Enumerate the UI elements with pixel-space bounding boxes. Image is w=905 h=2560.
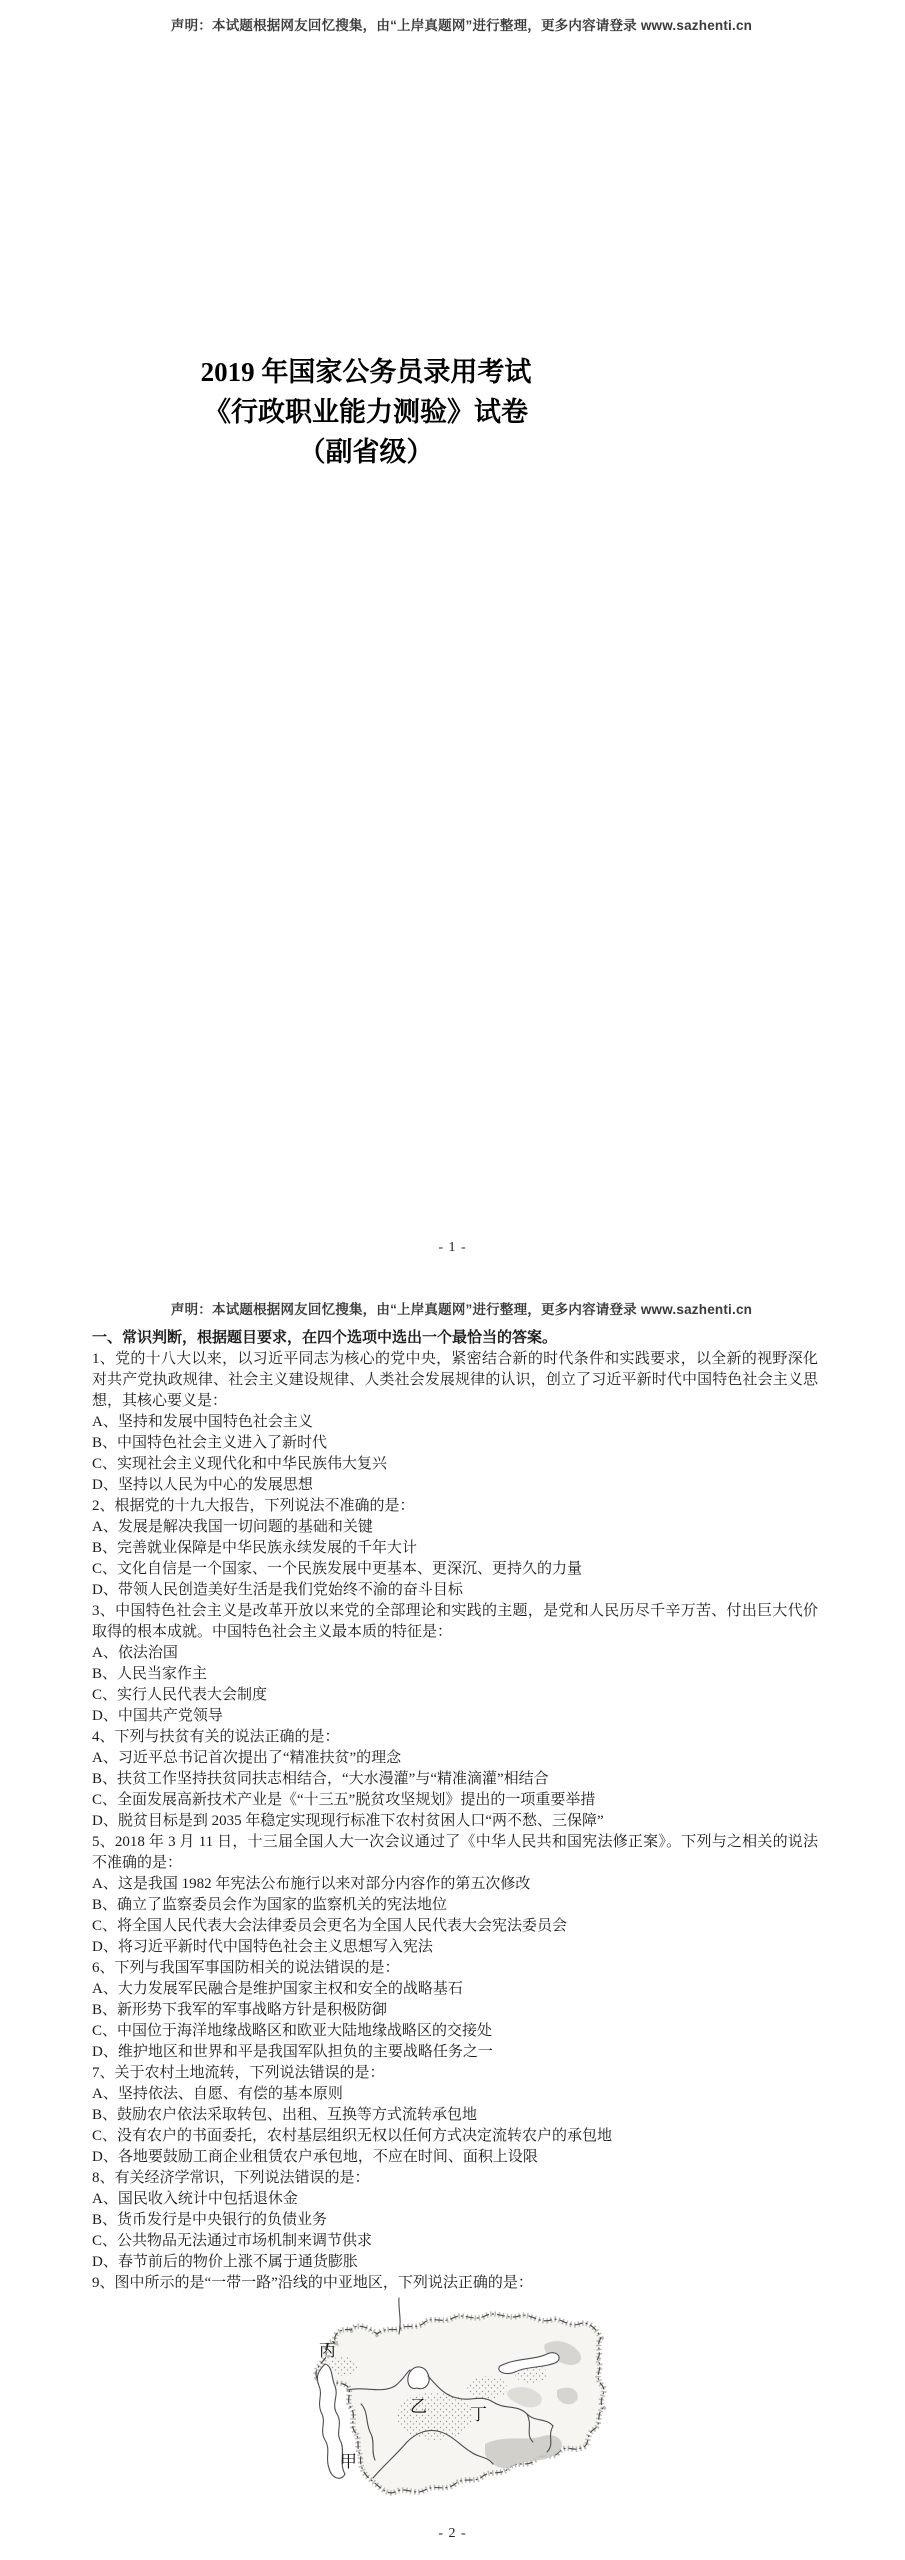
option-line: D、中国共产党领导	[92, 1706, 818, 1727]
exam-title-line-2: 《行政职业能力测验》试卷	[0, 392, 732, 432]
question-text: 8、有关经济学常识，下列说法错误的是：	[92, 2168, 818, 2189]
question-text: 7、关于农村土地流转，下列说法错误的是：	[92, 2063, 818, 2084]
option-line: C、实现社会主义现代化和中华民族伟大复兴	[92, 1454, 818, 1475]
option-line: C、没有农户的书面委托，农村基层组织无权以任何方式决定流转农户的承包地	[92, 2126, 818, 2147]
option-line: C、实行人民代表大会制度	[92, 1685, 818, 1706]
option-line: B、确立了监察委员会作为国家的监察机关的宪法地位	[92, 1895, 818, 1916]
map-label-yi: 乙	[410, 2397, 427, 2416]
option-line: B、扶贫工作坚持扶贫同扶志相结合，“大水漫灌”与“精准滴灌”相结合	[92, 1769, 818, 1790]
question-block: 6、下列与我国军事国防相关的说法错误的是： A、大力发展军民融合是维护国家主权和…	[92, 1958, 818, 2063]
question-options: A、习近平总书记首次提出了“精准扶贫”的理念B、扶贫工作坚持扶贫同扶志相结合，“…	[92, 1748, 818, 1832]
option-line: B、人民当家作主	[92, 1664, 818, 1685]
question-text: 6、下列与我国军事国防相关的说法错误的是：	[92, 1958, 818, 1979]
option-line: A、坚持和发展中国特色社会主义	[92, 1412, 818, 1433]
option-line: A、这是我国 1982 年宪法公布施行以来对部分内容作的第五次修改	[92, 1874, 818, 1895]
option-line: D、脱贫目标是到 2035 年稳定实现现行标准下农村贫困人口“两不愁、三保障”	[92, 1811, 818, 1832]
option-line: B、中国特色社会主义进入了新时代	[92, 1433, 818, 1454]
option-line: D、各地要鼓励工商企业租赁农户承包地，不应在时间、面积上设限	[92, 2147, 818, 2168]
question-block: 8、有关经济学常识，下列说法错误的是： A、国民收入统计中包括退休金B、货币发行…	[92, 2168, 818, 2273]
river-line	[399, 2298, 400, 2334]
question-options: A、依法治国B、人民当家作主C、实行人民代表大会制度D、中国共产党领导	[92, 1643, 818, 1727]
question-text: 3、中国特色社会主义是改革开放以来党的全部理论和实践的主题，是党和人民历尽千辛万…	[92, 1601, 818, 1643]
central-asia-map: 丙 乙 丁 甲	[295, 2294, 615, 2513]
option-line: B、货币发行是中央银行的负债业务	[92, 2210, 818, 2231]
disclaimer-text: 声明：本试题根据网友回忆搜集，由“上岸真题网”进行整理，更多内容请登录 www.…	[9, 1298, 905, 1318]
aral-sea-shape	[408, 2367, 429, 2389]
question-block: 1、党的十八大以来，以习近平同志为核心的党中央，紧密结合新的时代条件和实践要求，…	[92, 1349, 818, 1496]
page-number-1: - 1 -	[0, 1240, 905, 1256]
exam-title: 2019 年国家公务员录用考试 《行政职业能力测验》试卷 （副省级）	[0, 352, 732, 472]
option-line: A、习近平总书记首次提出了“精准扶贫”的理念	[92, 1748, 818, 1769]
question-block: 4、下列与扶贫有关的说法正确的是： A、习近平总书记首次提出了“精准扶贫”的理念…	[92, 1727, 818, 1832]
option-line: A、依法治国	[92, 1643, 818, 1664]
question-options: A、大力发展军民融合是维护国家主权和安全的战略基石B、新形势下我军的军事战略方针…	[92, 1979, 818, 2063]
option-line: D、将习近平新时代中国特色社会主义思想写入宪法	[92, 1937, 818, 1958]
option-line: C、公共物品无法通过市场机制来调节供求	[92, 2231, 818, 2252]
option-line: B、鼓励农户依法采取转包、出租、互换等方式流转承包地	[92, 2105, 818, 2126]
question-text: 5、2018 年 3 月 11 日，十三届全国人大一次会议通过了《中华人民共和国…	[92, 1832, 818, 1874]
option-line: B、新形势下我军的军事战略方针是积极防御	[92, 2000, 818, 2021]
question-block: 5、2018 年 3 月 11 日，十三届全国人大一次会议通过了《中华人民共和国…	[92, 1832, 818, 1958]
question-options: A、国民收入统计中包括退休金B、货币发行是中央银行的负债业务C、公共物品无法通过…	[92, 2189, 818, 2273]
question-text: 9、图中所示的是“一带一路”沿线的中亚地区，下列说法正确的是：	[92, 2273, 818, 2294]
question-block: 9、图中所示的是“一带一路”沿线的中亚地区，下列说法正确的是：	[92, 2273, 818, 2294]
question-block: 2、根据党的十九大报告，下列说法不准确的是： A、发展是解决我国一切问题的基础和…	[92, 1496, 818, 1601]
option-line: A、国民收入统计中包括退休金	[92, 2189, 818, 2210]
option-line: C、将全国人民代表大会法律委员会更名为全国人民代表大会宪法委员会	[92, 1916, 818, 1937]
exam-title-line-3: （副省级）	[0, 432, 732, 472]
disclaimer-text: 声明：本试题根据网友回忆搜集，由“上岸真题网”进行整理，更多内容请登录 www.…	[9, 14, 905, 34]
option-line: C、中国位于海洋地缘战略区和欧亚大陆地缘战略区的交接处	[92, 2021, 818, 2042]
option-line: D、维护地区和世界和平是我国军队担负的主要战略任务之一	[92, 2042, 818, 2063]
question-options: A、坚持依法、自愿、有偿的基本原则B、鼓励农户依法采取转包、出租、互换等方式流转…	[92, 2084, 818, 2168]
option-line: D、春节前后的物价上涨不属于通货膨胀	[92, 2252, 818, 2273]
option-line: D、带领人民创造美好生活是我们党始终不渝的奋斗目标	[92, 1580, 818, 1601]
question-block: 7、关于农村土地流转，下列说法错误的是： A、坚持依法、自愿、有偿的基本原则B、…	[92, 2063, 818, 2168]
question-text: 4、下列与扶贫有关的说法正确的是：	[92, 1727, 818, 1748]
page-number-2: - 2 -	[0, 2526, 905, 2542]
question-options: A、发展是解决我国一切问题的基础和关键B、完善就业保障是中华民族永续发展的千年大…	[92, 1517, 818, 1601]
map-label-bing: 丙	[319, 2341, 336, 2360]
option-line: C、全面发展高新技术产业是《“十三五”脱贫攻坚规划》提出的一项重要举措	[92, 1790, 818, 1811]
map-label-jia: 甲	[340, 2452, 357, 2471]
question-options: A、坚持和发展中国特色社会主义B、中国特色社会主义进入了新时代C、实现社会主义现…	[92, 1412, 818, 1496]
question-text: 1、党的十八大以来，以习近平同志为核心的党中央，紧密结合新的时代条件和实践要求，…	[92, 1349, 818, 1412]
map-label-ding: 丁	[470, 2405, 487, 2424]
option-line: A、坚持依法、自愿、有偿的基本原则	[92, 2084, 818, 2105]
section-heading: 一、常识判断，根据题目要求，在四个选项中选出一个最恰当的答案。	[92, 1328, 818, 1349]
option-line: D、坚持以人民为中心的发展思想	[92, 1475, 818, 1496]
question-block: 3、中国特色社会主义是改革开放以来党的全部理论和实践的主题，是党和人民历尽千辛万…	[92, 1601, 818, 1727]
questions-list: 1、党的十八大以来，以习近平同志为核心的党中央，紧密结合新的时代条件和实践要求，…	[92, 1349, 818, 2294]
exam-body: 一、常识判断，根据题目要求，在四个选项中选出一个最恰当的答案。 1、党的十八大以…	[92, 1328, 818, 2513]
question-options: A、这是我国 1982 年宪法公布施行以来对部分内容作的第五次修改B、确立了监察…	[92, 1874, 818, 1958]
question-text: 2、根据党的十九大报告，下列说法不准确的是：	[92, 1496, 818, 1517]
option-line: A、发展是解决我国一切问题的基础和关键	[92, 1517, 818, 1538]
option-line: B、完善就业保障是中华民族永续发展的千年大计	[92, 1538, 818, 1559]
exam-title-line-1: 2019 年国家公务员录用考试	[0, 352, 732, 392]
option-line: A、大力发展军民融合是维护国家主权和安全的战略基石	[92, 1979, 818, 2000]
option-line: C、文化自信是一个国家、一个民族发展中更基本、更深沉、更持久的力量	[92, 1559, 818, 1580]
